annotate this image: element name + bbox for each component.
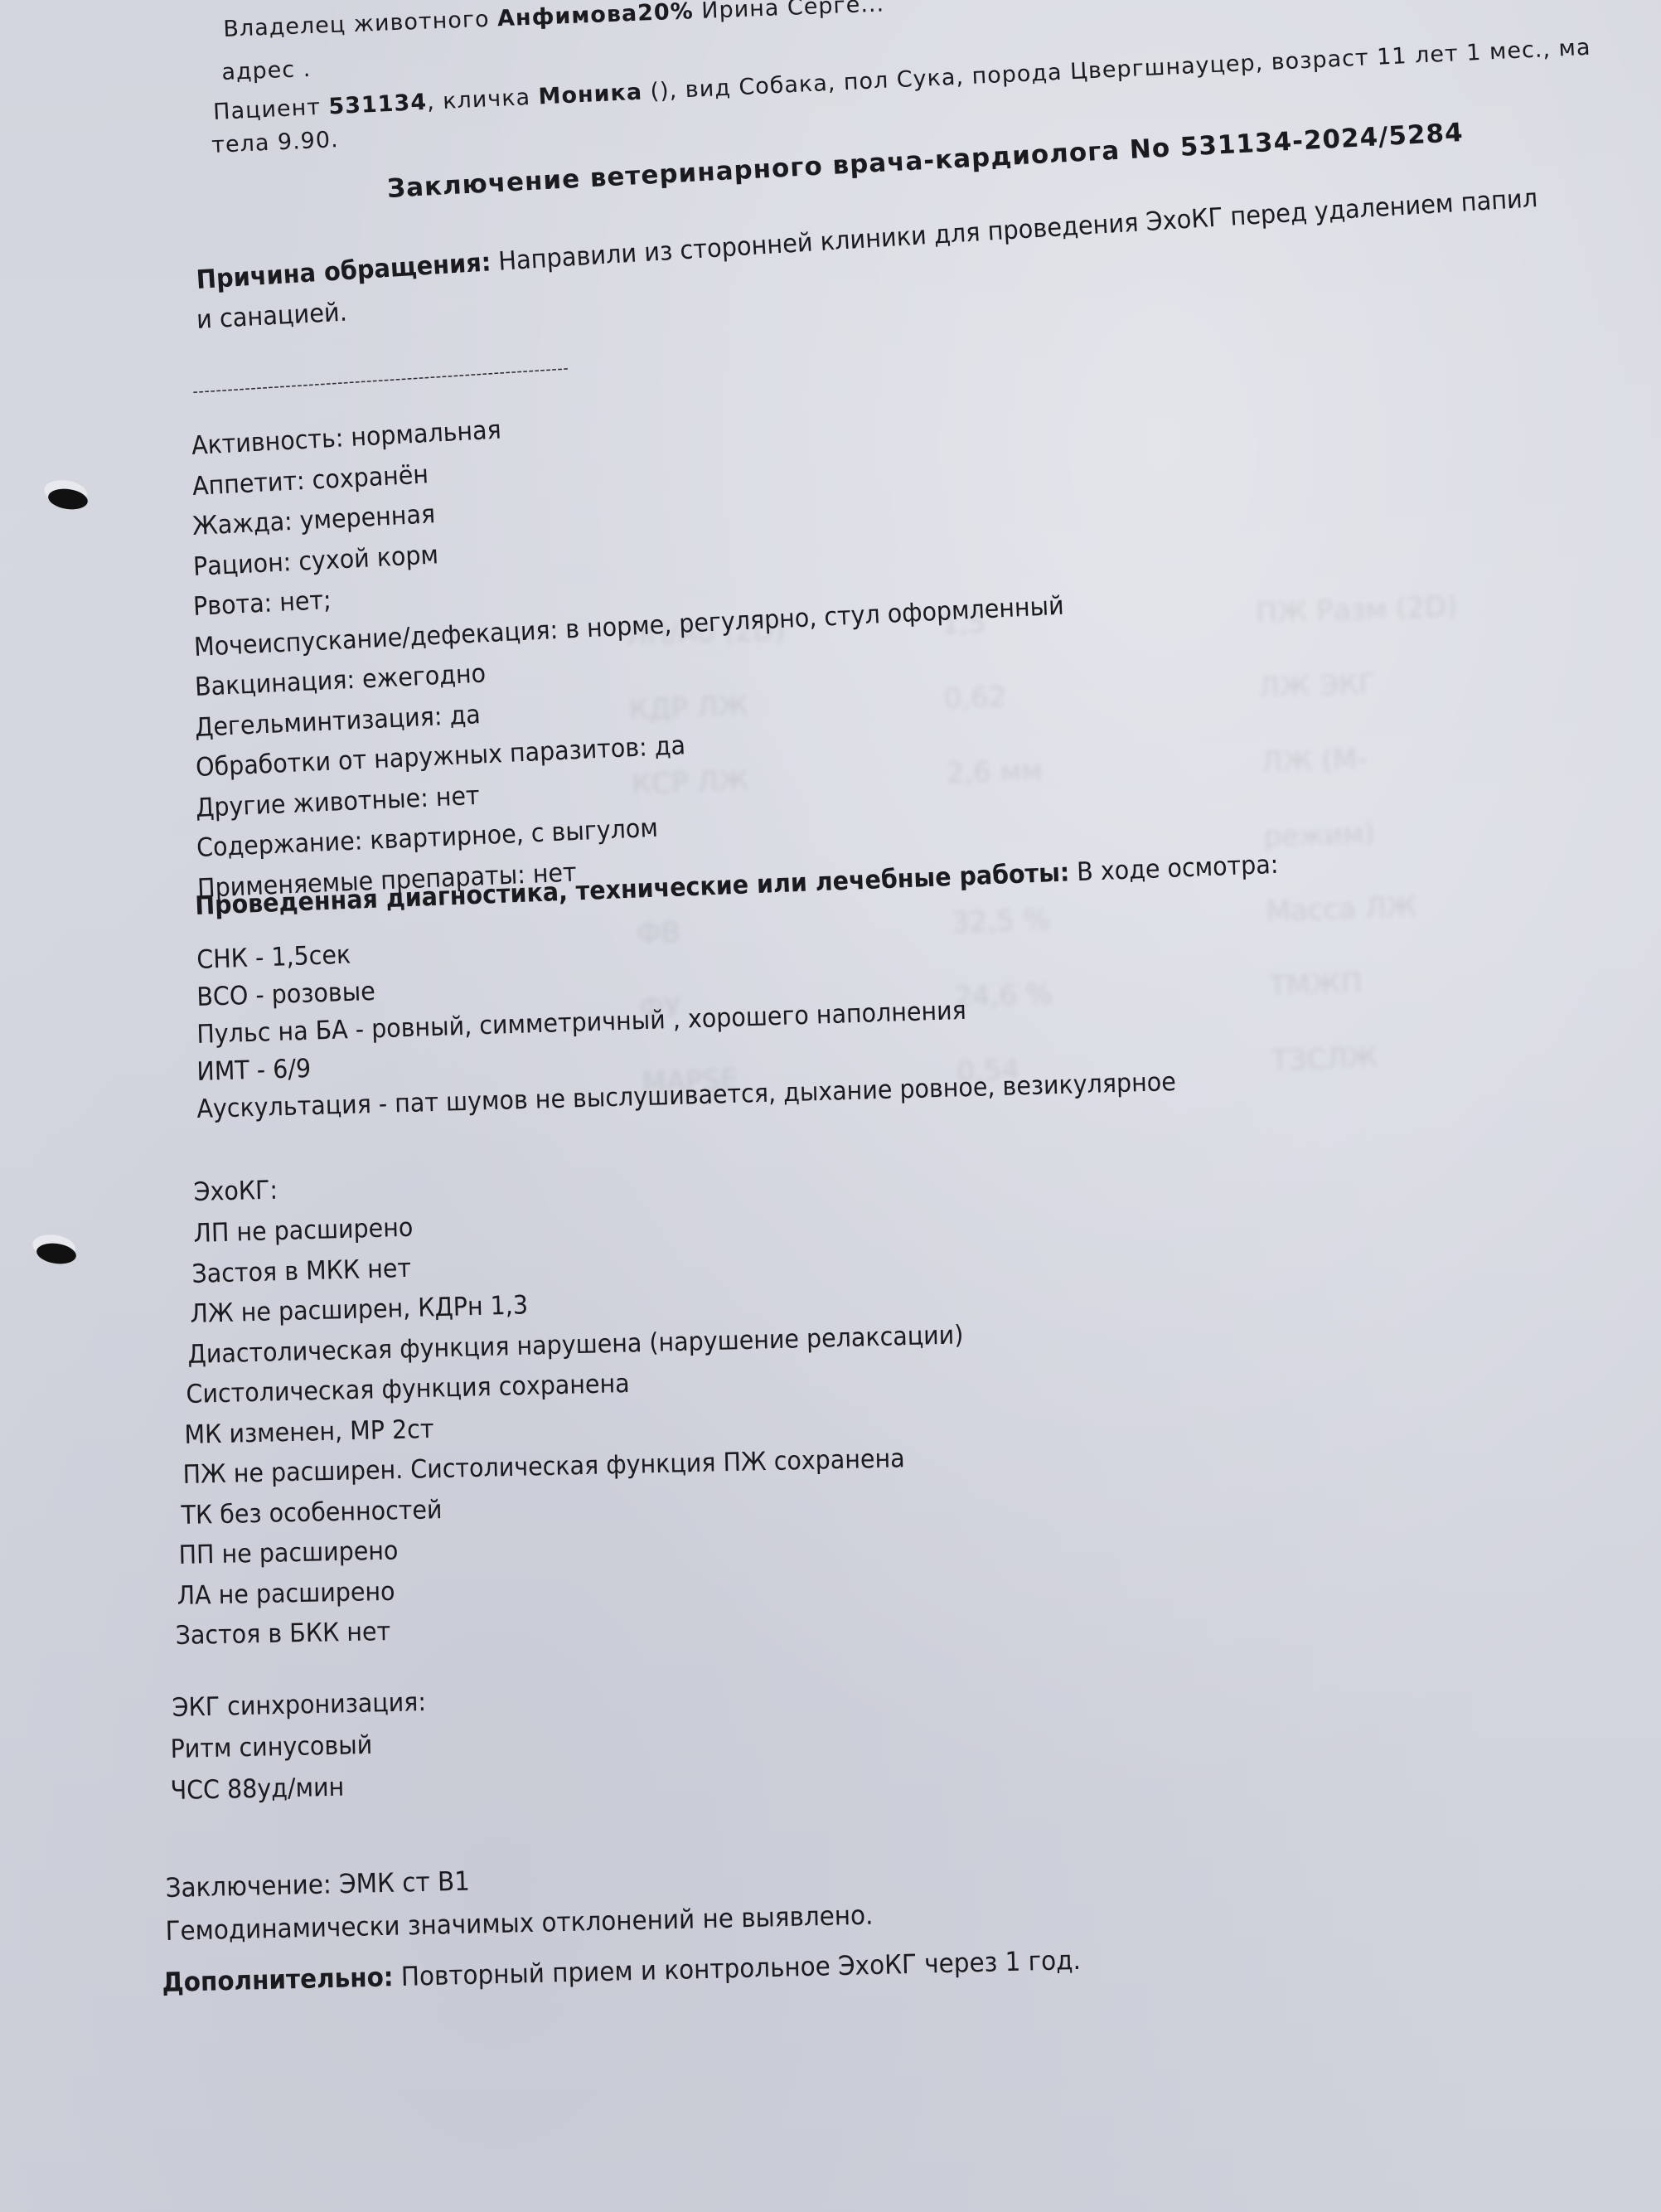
anamnesis-item: Дегельминтизация: да [195, 700, 482, 743]
ecg-heading-text: ЭКГ синхронизация: [172, 1687, 426, 1723]
exam-item: ВСО - розовые [196, 977, 375, 1012]
report-title-text: Заключение ветеринарного врача-кардиолог… [386, 118, 1464, 204]
exam-item: Аускультация - пат шумов не выслушиваетс… [196, 1067, 1176, 1124]
echo-item: Диастолическая функция нарушена (нарушен… [187, 1320, 964, 1370]
ecg-heading: ЭКГ синхронизация: [172, 1687, 426, 1723]
anamnesis-item: Рацион: сухой корм [192, 540, 439, 582]
diagnostics-label: Проведенная диагностика, технические или… [195, 858, 1070, 921]
anamnesis-item: Вакцинация: ежегодно [194, 658, 486, 702]
echo-item: ЛЖ не расширен, КДРн 1,3 [190, 1290, 528, 1329]
reason-continuation: и санацией. [196, 298, 348, 335]
echo-heading-text: ЭхоКГ: [193, 1176, 278, 1207]
reason-label: Причина обращения: [196, 247, 492, 295]
vet-cardiology-report: Владелец животного Анфимова20% Ирина Сер… [0, 0, 1661, 2212]
echo-item: МК изменен, МР 2ст [184, 1414, 434, 1449]
owner-line: Владелец животного Анфимова20% Ирина Сер… [223, 0, 885, 42]
nickname-label: , кличка [426, 85, 530, 115]
echo-item: Застоя в МКК нет [191, 1253, 411, 1288]
conclusion-line-1: Заключение: ЭМК ст В1 [165, 1865, 470, 1904]
conclusion-line-2: Гемодинамически значимых отклонений не в… [165, 1899, 874, 1947]
owner-name: Анфимова20% [497, 0, 695, 32]
address-line: адрес . [221, 56, 312, 85]
reason-text: Направили из сторонней клиники для прове… [490, 183, 1538, 277]
owner-rest: Ирина Серге... [701, 0, 885, 24]
separator-text: ----------------------------------------… [192, 360, 569, 401]
echo-item: Застоя в БКК нет [175, 1617, 390, 1651]
anamnesis-item: Содержание: квартирное, с выгулом [196, 813, 658, 863]
ecg-item: Ритм синусовый [170, 1730, 372, 1764]
conclusion-text-2: Гемодинамически значимых отклонений не в… [165, 1899, 874, 1947]
owner-label: Владелец животного [223, 7, 490, 42]
patient-label: Пациент [213, 95, 322, 125]
echo-item: ПЖ не расширен. Систолическая функция ПЖ… [182, 1443, 905, 1490]
exam-item: СНК - 1,5сек [196, 940, 351, 975]
nickname: Моника [538, 80, 643, 110]
anamnesis-item: Жажда: умеренная [191, 499, 436, 541]
patient-id: 531134 [328, 90, 428, 120]
additional-label: Дополнительно: [162, 1961, 394, 1998]
echo-item: ТК без особенностей [181, 1495, 443, 1530]
anamnesis-item: Рвота: нет; [193, 585, 332, 622]
echo-item: ЛП не расширено [193, 1213, 414, 1249]
exam-item: ИМТ - 6/9 [196, 1054, 312, 1087]
echo-item: ПП не расширено [179, 1535, 400, 1570]
echo-heading: ЭхоКГ: [193, 1176, 278, 1207]
conclusion-text-1: Заключение: ЭМК ст В1 [165, 1865, 470, 1904]
diagnostics-line: Проведенная диагностика, технические или… [195, 850, 1279, 921]
additional-text: Повторный прием и контрольное ЭхоКГ чере… [393, 1944, 1081, 1992]
diagnostics-text: В ходе осмотра: [1069, 850, 1279, 888]
report-title: Заключение ветеринарного врача-кардиолог… [386, 118, 1464, 204]
anamnesis-item: Активность: нормальная [191, 415, 501, 461]
echo-item: ЛА не расширено [177, 1576, 395, 1610]
reason-continuation-text: и санацией. [196, 298, 348, 335]
additional-line: Дополнительно: Повторный прием и контрол… [162, 1944, 1081, 1998]
patient-line: Пациент 531134, кличка Моника (), вид Со… [213, 35, 1592, 125]
separator-line: ----------------------------------------… [192, 360, 569, 401]
ecg-item: ЧСС 88уд/мин [170, 1773, 344, 1806]
weight-text: тела 9.90. [211, 127, 340, 158]
patient-rest: (), вид Собака, пол Сука, порода Цвергшн… [642, 35, 1591, 105]
anamnesis-item: Другие животные: нет [196, 780, 481, 822]
weight-line: тела 9.90. [211, 127, 340, 158]
address-label: адрес . [221, 56, 312, 85]
anamnesis-item: Аппетит: сохранён [191, 459, 429, 502]
echo-item: Систолическая функция сохранена [186, 1369, 630, 1409]
